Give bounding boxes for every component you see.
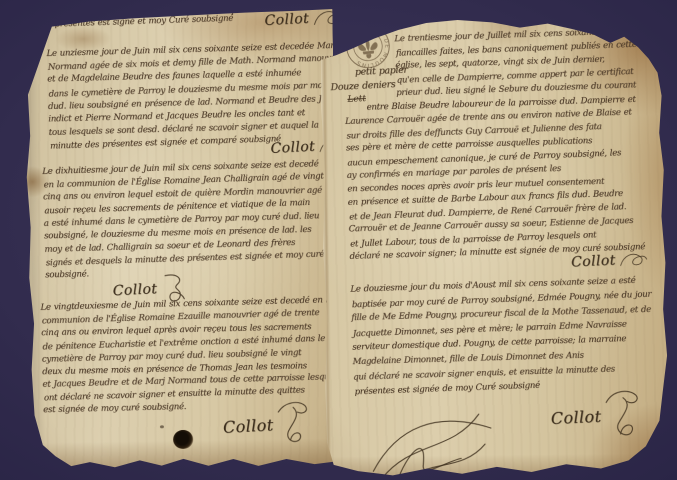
notarial-flourish-icon xyxy=(367,400,498,480)
signature-flourish-icon xyxy=(602,385,645,445)
entry-lines: Le dixhuitiesme jour de Juin mil six cen… xyxy=(42,158,325,283)
signature: Collot xyxy=(550,385,645,447)
manuscript-line: presentes est signé et moy Curé soubsign… xyxy=(54,14,233,30)
left-manuscript-page: + presentes est signé et moy Curé soubsi… xyxy=(20,8,339,471)
photograph-background: + presentes est signé et moy Curé soubsi… xyxy=(0,0,677,480)
signature-name: Collot xyxy=(112,281,157,299)
baptism-entry: Le douziesme jour du mois d'Aoust mil si… xyxy=(350,273,653,399)
signature-name: Collot xyxy=(270,139,315,157)
signature-name: Collot xyxy=(571,253,616,271)
right-manuscript-page: GENERALITE DE MOULINS petit papierDouze … xyxy=(319,12,671,480)
signature-flourish-icon xyxy=(311,6,346,30)
burial-entry: Le dixhuitiesme jour de Juin mil six cen… xyxy=(42,158,325,283)
entry-lines: Le trentiesme jour de Juillet mil six ce… xyxy=(342,25,645,264)
signature-name: Collot xyxy=(550,406,601,427)
entry-lines: Le douziesme jour du mois d'Aoust mil si… xyxy=(350,273,653,399)
signature: Collot xyxy=(222,396,313,452)
signature-flourish-icon xyxy=(274,396,313,450)
signature: Collot xyxy=(571,247,649,274)
signature: Collot xyxy=(264,6,346,32)
signature-flourish-icon xyxy=(617,247,648,272)
opening-line-block: presentes est signé et moy Curé soubsign… xyxy=(54,14,233,30)
signature-name: Collot xyxy=(264,11,309,29)
ink-blot xyxy=(173,430,193,449)
signature-name: Collot xyxy=(223,415,274,437)
marriage-entry: Le trentiesme jour de Juillet mil six ce… xyxy=(342,25,645,264)
